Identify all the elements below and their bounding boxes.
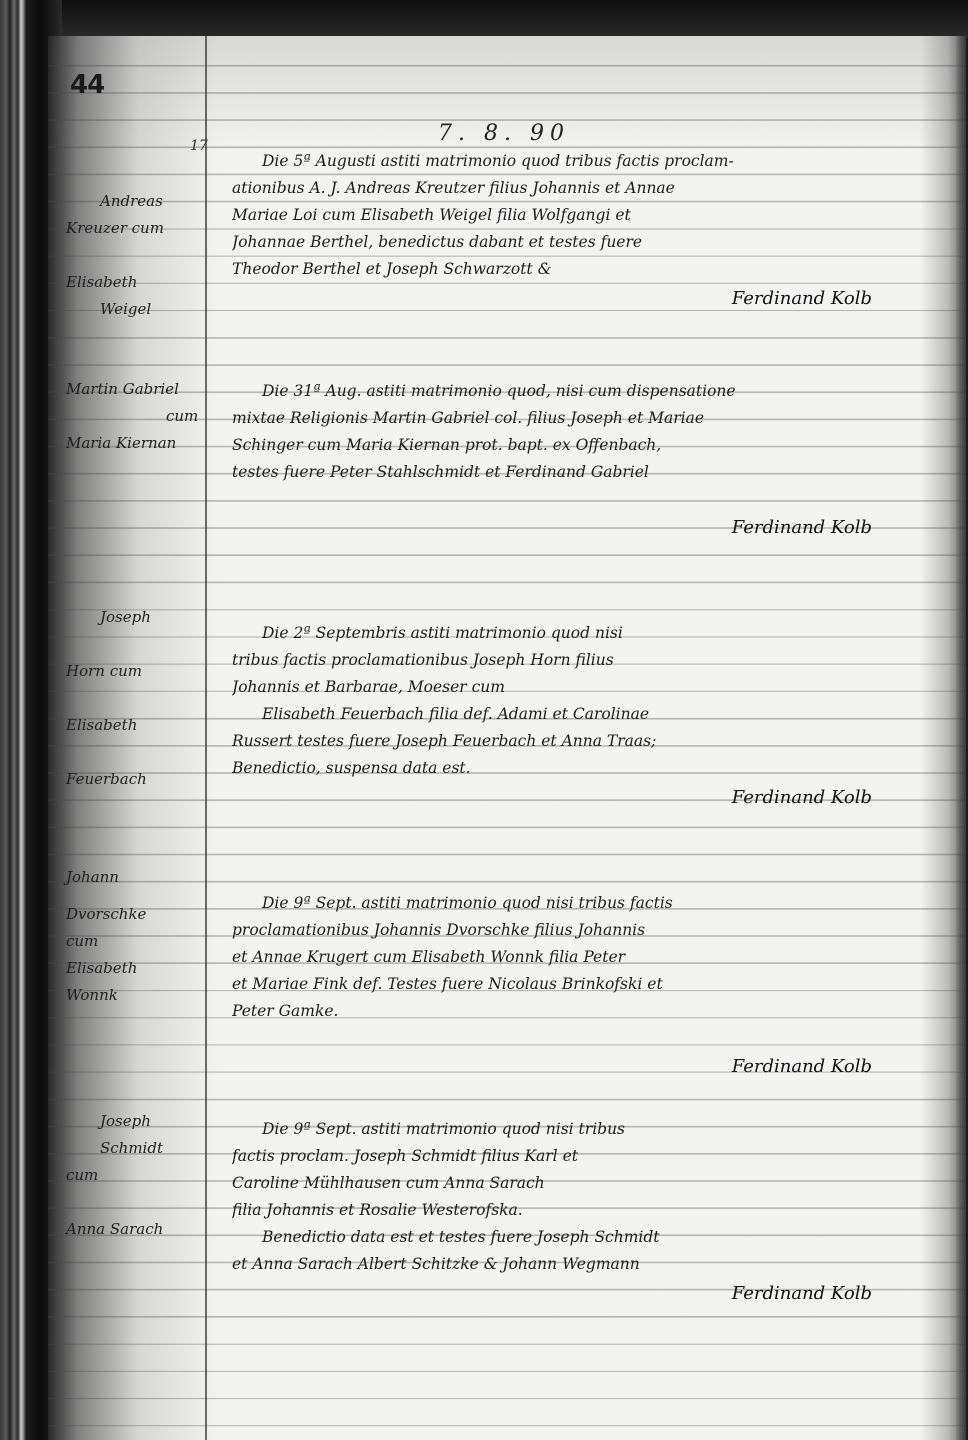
- entry-line: testes fuere Peter Stahlschmidt et Ferdi…: [232, 459, 952, 486]
- margin-name: Dvorschke: [66, 901, 206, 928]
- priest-signature: Ferdinand Kolb: [232, 285, 952, 312]
- entry-line: Benedictio, suspensa data est.: [232, 755, 952, 782]
- entry-line: ationibus A. J. Andreas Kreutzer filius …: [232, 175, 952, 202]
- register-entry-3: Die 2ª Septembris astiti matrimonio quod…: [232, 620, 952, 811]
- margin-name: Horn cum: [66, 658, 206, 685]
- margin-name: Joseph: [66, 1108, 206, 1135]
- entry-line: Schinger cum Maria Kiernan prot. bapt. e…: [232, 432, 952, 459]
- margin-names-entry-1: Andreas Kreuzer cum Elisabeth Weigel: [66, 188, 206, 323]
- entry-line: Mariae Loi cum Elisabeth Weigel filia Wo…: [232, 202, 952, 229]
- entry-line: proclamationibus Johannis Dvorschke fili…: [232, 917, 952, 944]
- margin-name: Weigel: [66, 296, 206, 323]
- margin-name: Johann: [66, 864, 206, 891]
- page-number: 44: [70, 70, 104, 100]
- margin-name: Elisabeth: [66, 712, 206, 739]
- entry-line: Benedictio data est et testes fuere Jose…: [232, 1224, 952, 1251]
- entry-line: Caroline Mühlhausen cum Anna Sarach: [232, 1170, 952, 1197]
- margin-name: Maria Kiernan: [66, 430, 206, 457]
- entry-line: Die 2ª Septembris astiti matrimonio quod…: [232, 620, 952, 647]
- header-date: 7. 8. 90: [438, 121, 570, 146]
- margin-names-entry-3: Joseph Horn cum Elisabeth Feuerbach: [66, 604, 206, 793]
- register-entry-4: Die 9ª Sept. astiti matrimonio quod nisi…: [232, 890, 952, 1080]
- entry-line: tribus factis proclamationibus Joseph Ho…: [232, 647, 952, 674]
- entry-line: Theodor Berthel et Joseph Schwarzott &: [232, 256, 952, 283]
- priest-signature: Ferdinand Kolb: [232, 784, 952, 811]
- margin-name: Feuerbach: [66, 766, 206, 793]
- margin-name: Wonnk: [66, 982, 206, 1009]
- margin-name: Joseph: [66, 604, 206, 631]
- register-page: 44 7. 8. 90 17 Andreas Kreuzer cum Elisa…: [48, 36, 966, 1440]
- margin-name: Elisabeth: [66, 269, 206, 296]
- margin-names-entry-4: Johann Dvorschke cum Elisabeth Wonnk: [66, 864, 206, 1009]
- entry-line: Johannis et Barbarae, Moeser cum: [232, 674, 952, 701]
- entry-line: factis proclam. Joseph Schmidt filius Ka…: [232, 1143, 952, 1170]
- margin-name: cum: [66, 403, 206, 430]
- priest-signature: Ferdinand Kolb: [232, 1280, 952, 1307]
- entry-line: Die 9ª Sept. astiti matrimonio quod nisi…: [232, 890, 952, 917]
- register-entry-5: Die 9ª Sept. astiti matrimonio quod nisi…: [232, 1116, 952, 1307]
- margin-name: Elisabeth: [66, 955, 206, 982]
- margin-name: Schmidt: [66, 1135, 206, 1162]
- entry-line: Die 5ª Augusti astiti matrimonio quod tr…: [232, 148, 952, 175]
- margin-name: Martin Gabriel: [66, 376, 206, 403]
- entry-line: et Annae Krugert cum Elisabeth Wonnk fil…: [232, 944, 952, 971]
- entry-line: filia Johannis et Rosalie Westerofska.: [232, 1197, 952, 1224]
- margin-name: Anna Sarach: [66, 1216, 206, 1243]
- register-entry-1: Die 5ª Augusti astiti matrimonio quod tr…: [232, 148, 952, 312]
- margin-names-entry-2: Martin Gabriel cum Maria Kiernan: [66, 376, 206, 457]
- register-entry-2: Die 31ª Aug. astiti matrimonio quod, nis…: [232, 378, 952, 541]
- entry-line: Peter Gamke.: [232, 998, 952, 1025]
- margin-name: cum: [66, 1162, 206, 1189]
- entry-line: et Anna Sarach Albert Schitzke & Johann …: [232, 1251, 952, 1278]
- entry-line: Johannae Berthel, benedictus dabant et t…: [232, 229, 952, 256]
- entry-number: 17: [190, 138, 208, 154]
- entry-line: mixtae Religionis Martin Gabriel col. fi…: [232, 405, 952, 432]
- entry-line: Die 31ª Aug. astiti matrimonio quod, nis…: [232, 378, 952, 405]
- margin-name: Kreuzer cum: [66, 215, 206, 242]
- page-right-edge: [956, 36, 966, 1440]
- priest-signature: Ferdinand Kolb: [232, 514, 952, 541]
- entry-line: et Mariae Fink def. Testes fuere Nicolau…: [232, 971, 952, 998]
- margin-name: Andreas: [66, 188, 206, 215]
- priest-signature: Ferdinand Kolb: [232, 1053, 952, 1080]
- margin-name: cum: [66, 928, 206, 955]
- margin-names-entry-5: Joseph Schmidt cum Anna Sarach: [66, 1108, 206, 1243]
- entry-line: Russert testes fuere Joseph Feuerbach et…: [232, 728, 952, 755]
- scan-top-edge: [0, 0, 968, 38]
- entry-line: Elisabeth Feuerbach filia def. Adami et …: [232, 701, 952, 728]
- entry-line: Die 9ª Sept. astiti matrimonio quod nisi…: [232, 1116, 952, 1143]
